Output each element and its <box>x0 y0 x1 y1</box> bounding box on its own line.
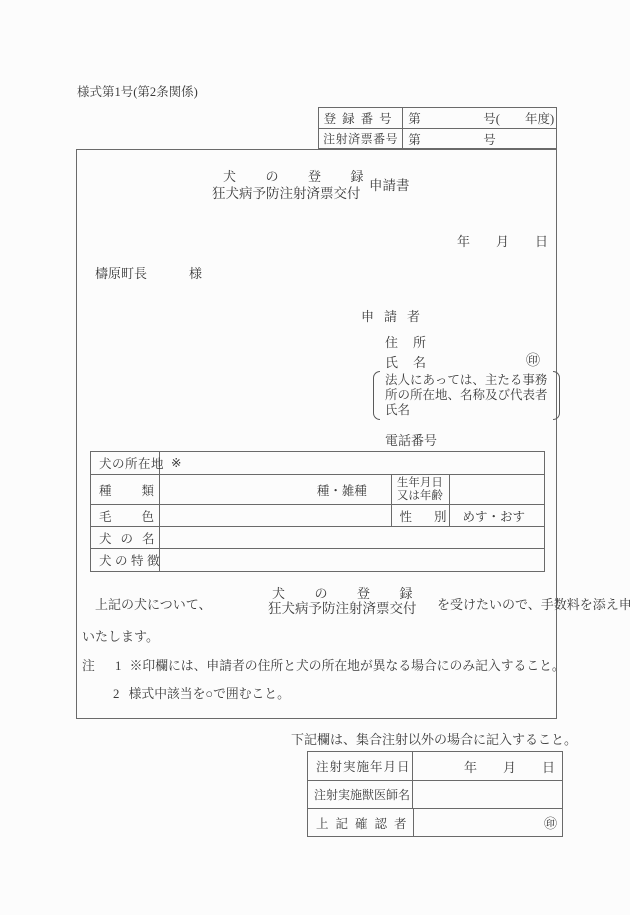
dog-coat-value <box>160 505 392 526</box>
injection-date-value: 年 月 日 <box>413 752 562 780</box>
form-title-line2: 狂犬病予防注射済票交付 <box>212 182 361 202</box>
applicant-seal-icon: ㊞ <box>526 350 540 370</box>
corporate-note-line3: 氏名 <box>385 403 548 418</box>
request-choice-stack: 犬の登録 狂犬病予防注射済票交付 <box>268 586 442 616</box>
addressee-line: 檮原町長 様 <box>95 263 202 282</box>
note-1: 注 1 ※印欄には、申請者の住所と犬の所在地が異なる場合にのみ記入すること。 <box>82 655 565 674</box>
dog-name-value <box>160 527 544 548</box>
vaccination-tag-number-label: 注射済票番号 <box>319 129 403 148</box>
left-bracket-icon <box>373 371 380 420</box>
dog-coat-label: 毛色 <box>91 505 160 526</box>
dog-breed-hint: 種・雑種 <box>160 475 392 504</box>
dog-location-label: 犬の所在地 <box>91 452 160 474</box>
dog-features-row: 犬の特徴 <box>91 548 544 571</box>
applicant-address-label: 住所 <box>385 332 441 351</box>
form-number-note: 様式第1号(第2条関係) <box>77 82 198 100</box>
application-form-page: 様式第1号(第2条関係) 登録番号 第 号( 年度) 注射済票番号 第 号 犬の… <box>0 0 630 915</box>
request-choice-top: 犬の登録 <box>272 586 442 601</box>
dog-coat-row: 毛色 性別 めす・おす <box>91 504 544 526</box>
dog-birthdate-label-line2: 又は年齢 <box>397 490 443 503</box>
dog-location-value: ※ <box>160 452 544 474</box>
dog-birthdate-label: 生年月日 又は年齢 <box>392 475 450 504</box>
note-marker: 注 <box>82 659 95 673</box>
footer-instruction: 下記欄は、集合注射以外の場合に記入すること。 <box>291 729 577 748</box>
note-1-number: 1 <box>115 659 121 673</box>
dog-breed-row: 種類 種・雑種 生年月日 又は年齢 <box>91 474 544 504</box>
request-sentence-post: を受けたいので、手数料を添え申請 <box>437 594 630 613</box>
main-form-box: 犬の登録 狂犬病予防注射済票交付 申請書 年 月 日 檮原町長 様 申請者 住所… <box>76 149 557 719</box>
applicant-phone-label: 電話番号 <box>385 430 437 449</box>
corporate-note-line2: 所の所在地、名称及び代表者 <box>385 388 548 403</box>
veterinarian-name-value <box>413 781 562 808</box>
veterinarian-name-label: 注射実施獣医師名 <box>308 781 413 808</box>
addressee-honorific: 様 <box>189 263 202 282</box>
request-choice-bottom: 狂犬病予防注射済票交付 <box>268 601 442 616</box>
request-sentence-continuation: いたします。 <box>82 626 159 645</box>
note-2: 2 様式中該当を○で囲むこと。 <box>113 683 290 702</box>
registration-number-table: 登録番号 第 号( 年度) 注射済票番号 第 号 <box>318 107 557 149</box>
application-date-placeholder: 年 月 日 <box>457 231 548 250</box>
injection-record-table: 注射実施年月日 年 月 日 注射実施獣医師名 上記確認者 ㊞ <box>307 751 563 837</box>
injection-date-row: 注射実施年月日 年 月 日 <box>308 752 562 780</box>
confirmer-row: 上記確認者 ㊞ <box>308 808 562 836</box>
dog-birthdate-value <box>450 475 544 504</box>
vaccination-tag-number-value: 第 号 <box>403 129 556 148</box>
applicant-name-label: 氏名 <box>385 352 441 371</box>
dog-name-label: 犬の名 <box>91 527 160 548</box>
registration-number-row: 登録番号 第 号( 年度) <box>319 108 556 128</box>
dog-features-value <box>160 549 544 571</box>
dog-breed-label: 種類 <box>91 475 160 504</box>
dog-birthdate-label-line1: 生年月日 <box>397 477 443 490</box>
note-1-text: ※印欄には、申請者の住所と犬の所在地が異なる場合にのみ記入すること。 <box>130 659 565 673</box>
registration-number-value: 第 号( 年度) <box>403 108 556 128</box>
dog-sex-options: めす・おす <box>450 505 544 526</box>
veterinarian-name-row: 注射実施獣医師名 <box>308 780 562 808</box>
dog-features-label: 犬の特徴 <box>91 549 160 571</box>
corporate-note: 法人にあっては、主たる事務 所の所在地、名称及び代表者 氏名 <box>373 371 560 420</box>
request-sentence-pre: 上記の犬について、 <box>95 594 211 613</box>
dog-name-row: 犬の名 <box>91 526 544 548</box>
right-bracket-icon <box>553 371 560 420</box>
injection-date-label: 注射実施年月日 <box>308 752 413 780</box>
dog-details-table: 犬の所在地 ※ 種類 種・雑種 生年月日 又は年齢 毛色 性別 めす・おす <box>90 451 545 572</box>
note-2-text: 様式中該当を○で囲むこと。 <box>129 687 290 701</box>
registration-number-label: 登録番号 <box>319 108 403 128</box>
note-2-number: 2 <box>113 687 119 701</box>
addressee-name: 檮原町長 <box>95 263 147 282</box>
form-title-suffix: 申請書 <box>369 174 410 194</box>
dog-sex-label: 性別 <box>392 505 450 526</box>
dog-location-row: 犬の所在地 ※ <box>91 452 544 474</box>
confirmer-seal-icon: ㊞ <box>414 809 562 836</box>
corporate-note-line1: 法人にあっては、主たる事務 <box>385 373 548 388</box>
confirmer-label: 上記確認者 <box>308 809 414 836</box>
vaccination-tag-number-row: 注射済票番号 第 号 <box>319 128 556 148</box>
applicant-heading: 申請者 <box>361 306 430 325</box>
